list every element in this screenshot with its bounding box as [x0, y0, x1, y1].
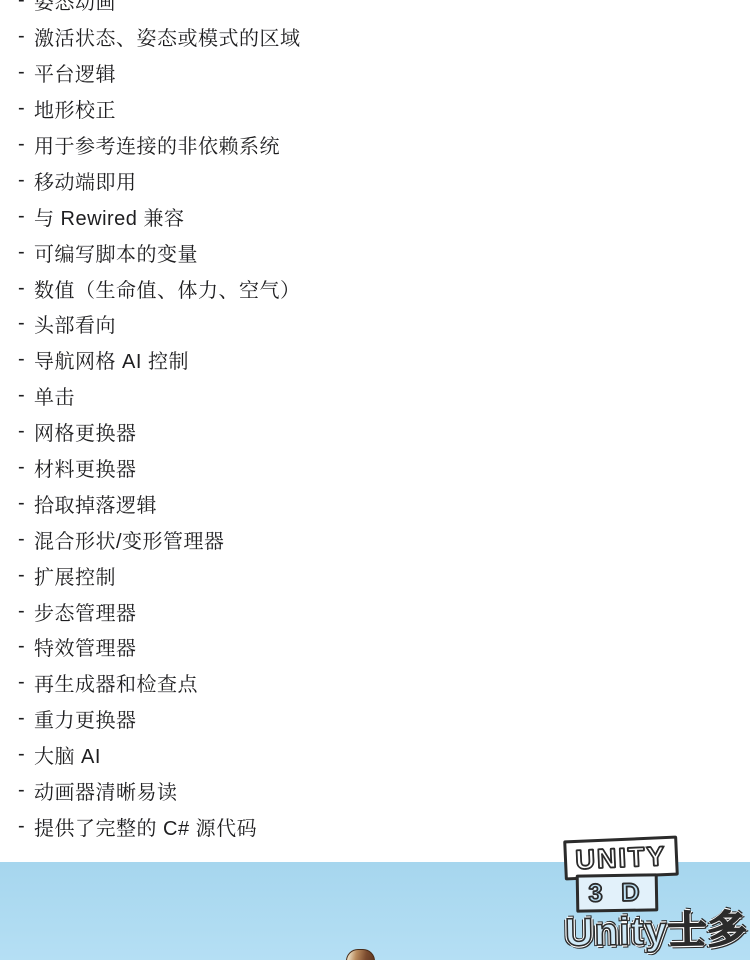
bullet-dash: - [18, 492, 34, 515]
bullet-dash: - [18, 61, 34, 84]
bullet-dash: - [18, 779, 34, 802]
bullet-dash: - [18, 25, 34, 48]
bullet-dash: - [18, 564, 34, 587]
feature-text: 重力更换器 [34, 704, 137, 733]
feature-list-item: -大脑 AI [18, 737, 750, 773]
feature-list-item: -动画器清晰易读 [18, 773, 750, 809]
unity-store-watermark: UNITY 3 D Unity士多 [540, 836, 750, 960]
bullet-dash: - [18, 528, 34, 551]
feature-text: 移动端即用 [34, 166, 137, 195]
feature-list: -姿态动画-激活状态、姿态或模式的区域-平台逻辑-地形校正-用于参考连接的非依赖… [18, 0, 750, 844]
store-name-label: Unity士多 [565, 898, 748, 957]
feature-list-item: -单击 [18, 378, 750, 414]
bullet-dash: - [18, 169, 34, 192]
feature-text: 地形校正 [34, 94, 116, 123]
feature-text: 单击 [34, 381, 75, 410]
bullet-dash: - [18, 456, 34, 479]
feature-list-item: -姿态动画 [18, 0, 750, 19]
feature-list-item: -混合形状/变形管理器 [18, 521, 750, 557]
feature-text: 再生成器和检查点 [34, 668, 198, 697]
feature-text: 头部看向 [34, 309, 116, 338]
bullet-dash: - [18, 0, 34, 12]
feature-text: 平台逻辑 [34, 58, 116, 87]
bullet-dash: - [18, 600, 34, 623]
feature-text: 大脑 AI [34, 740, 101, 769]
bullet-dash: - [18, 707, 34, 730]
feature-list-item: -激活状态、姿态或模式的区域 [18, 19, 750, 55]
feature-text: 提供了完整的 C# 源代码 [34, 812, 257, 841]
bullet-dash: - [18, 277, 34, 300]
feature-list-item: -移动端即用 [18, 162, 750, 198]
feature-list-item: -地形校正 [18, 91, 750, 127]
feature-text: 步态管理器 [34, 597, 137, 626]
feature-list-item: -可编写脚本的变量 [18, 234, 750, 270]
feature-text: 动画器清晰易读 [34, 776, 178, 805]
feature-text: 姿态动画 [34, 0, 116, 15]
bullet-dash: - [18, 420, 34, 443]
feature-list-item: -用于参考连接的非依赖系统 [18, 127, 750, 163]
feature-list-item: -平台逻辑 [18, 55, 750, 91]
feature-text: 网格更换器 [34, 417, 137, 446]
feature-list-item: -网格更换器 [18, 414, 750, 450]
bullet-dash: - [18, 671, 34, 694]
feature-text: 激活状态、姿态或模式的区域 [34, 22, 301, 51]
feature-text: 拾取掉落逻辑 [34, 489, 157, 518]
feature-list-item: -扩展控制 [18, 557, 750, 593]
bullet-dash: - [18, 635, 34, 658]
feature-list-item: -与 Rewired 兼容 [18, 198, 750, 234]
feature-list-item: -重力更换器 [18, 701, 750, 737]
feature-list-item: -头部看向 [18, 306, 750, 342]
bullet-dash: - [18, 312, 34, 335]
feature-text: 扩展控制 [34, 561, 116, 590]
feature-text: 混合形状/变形管理器 [34, 525, 225, 554]
feature-list-item: -拾取掉落逻辑 [18, 485, 750, 521]
feature-text: 用于参考连接的非依赖系统 [34, 130, 280, 159]
feature-text: 导航网格 AI 控制 [34, 345, 189, 374]
bullet-dash: - [18, 133, 34, 156]
feature-list-item: -材料更换器 [18, 450, 750, 486]
unity-badge-label: UNITY [575, 841, 667, 876]
feature-text: 可编写脚本的变量 [34, 238, 198, 267]
bullet-dash: - [18, 205, 34, 228]
feature-list-item: -导航网格 AI 控制 [18, 342, 750, 378]
feature-list-item: -特效管理器 [18, 629, 750, 665]
feature-list-item: -再生成器和检查点 [18, 665, 750, 701]
feature-list-item: -步态管理器 [18, 593, 750, 629]
feature-list-item: -数值（生命值、体力、空气） [18, 270, 750, 306]
feature-text: 材料更换器 [34, 453, 137, 482]
bullet-dash: - [18, 97, 34, 120]
feature-text: 与 Rewired 兼容 [34, 202, 184, 231]
bullet-dash: - [18, 384, 34, 407]
bullet-dash: - [18, 241, 34, 264]
bullet-dash: - [18, 815, 34, 838]
feature-text: 特效管理器 [34, 632, 137, 661]
bullet-dash: - [18, 348, 34, 371]
bullet-dash: - [18, 743, 34, 766]
page: -姿态动画-激活状态、姿态或模式的区域-平台逻辑-地形校正-用于参考连接的非依赖… [0, 0, 750, 960]
feature-text: 数值（生命值、体力、空气） [34, 274, 301, 303]
